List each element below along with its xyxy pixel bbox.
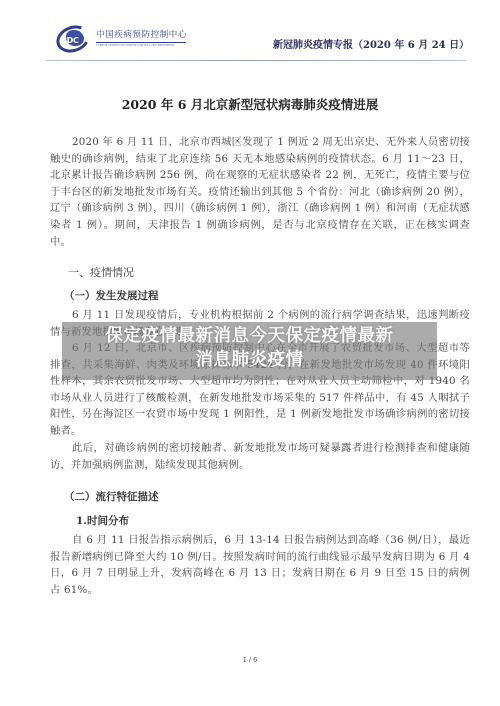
headline-overlay-text: 保定疫情最新消息今天保定疫情最新 消息肺炎疫情 <box>62 324 437 372</box>
section-heading: 一、疫情情况 <box>68 264 134 280</box>
subsubsection-heading: 1.时间分布 <box>76 513 129 528</box>
page-number: 1 / 6 <box>0 656 500 664</box>
document-header: CDC 中国疾病预防控制中心 CHINESE CENTER FOR DISEAS… <box>0 0 500 64</box>
paragraph-time-distribution: 自 6 月 11 日报告指示病例后，6 月 13-14 日报告病例达到高峰（36… <box>50 532 470 598</box>
logo-abbr: CDC <box>61 36 78 45</box>
logo-divider <box>96 42 186 43</box>
subsection-heading: （一）发生发展过程 <box>64 288 159 303</box>
header-divider <box>46 60 466 61</box>
logo-name-cn: 中国疾病预防控制中心 <box>96 30 187 41</box>
logo-name-en: CHINESE CENTER FOR DISEASE CONTROL AND P… <box>96 44 187 48</box>
subsection-heading: （二）流行特征描述 <box>64 489 159 504</box>
intro-paragraph: 2020 年 6 月 11 日，北京市西城区发现了 1 例近 2 周无出京史、无… <box>50 134 470 250</box>
cdc-logo: CDC 中国疾病预防控制中心 CHINESE CENTER FOR DISEAS… <box>56 24 206 54</box>
cdc-emblem-icon: CDC <box>56 24 92 54</box>
headline-line-2: 消息肺炎疫情 <box>62 348 437 372</box>
paragraph-followup: 此后，对确诊病例的密切接触者、新发地批发市场可疑暴露者进行检测排查和健康随访，并… <box>50 440 470 473</box>
report-title: 新冠肺炎疫情专报（2020 年 6 月 24 日） <box>273 36 469 51</box>
headline-line-1: 保定疫情最新消息今天保定疫情最新 <box>62 324 437 348</box>
document-title: 2020 年 6 月北京新型冠状病毒肺炎疫情进展 <box>0 95 500 113</box>
